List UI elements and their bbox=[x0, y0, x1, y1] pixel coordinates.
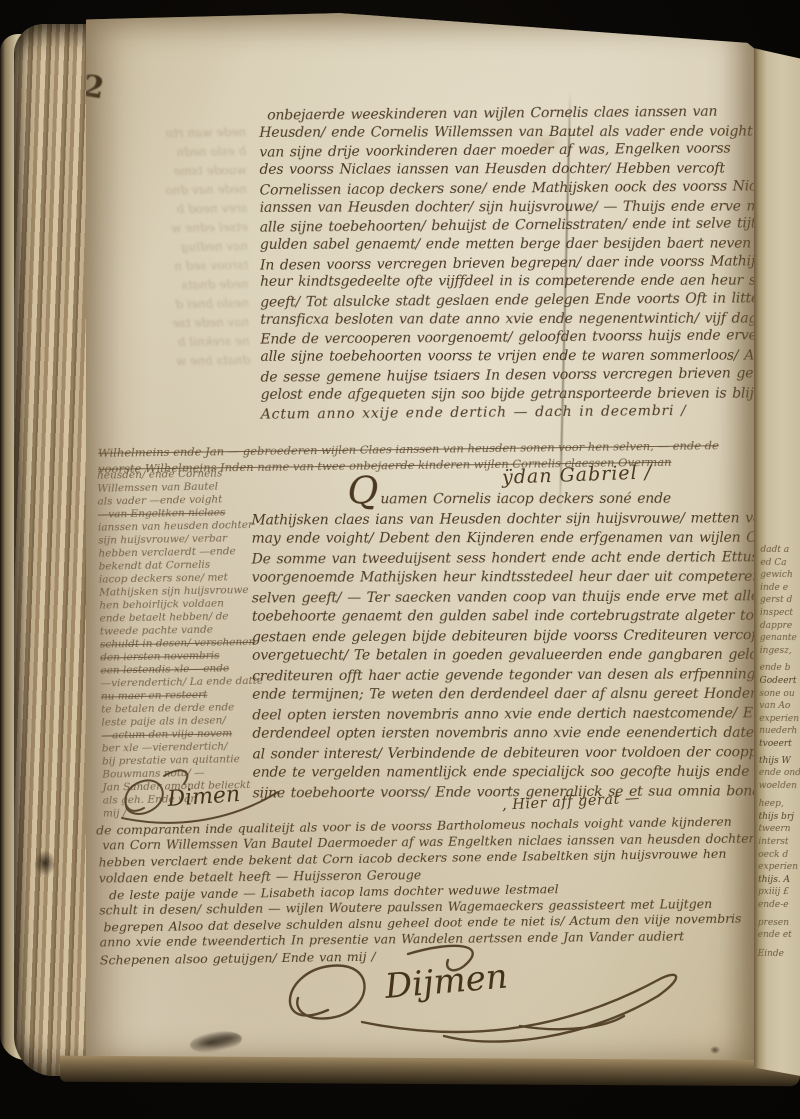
next-page-fragment: inspect bbox=[760, 607, 800, 620]
entry1-line: de sesse gemene huijse tsiaers In desen … bbox=[261, 363, 754, 387]
entry1-line: des voorss Niclaes ianssen van Heusden d… bbox=[259, 159, 754, 179]
folio-mark: 2 bbox=[86, 69, 106, 107]
bleed-through-line: nav nedlug bbox=[128, 237, 248, 258]
signature-text: Dimen bbox=[166, 782, 241, 812]
next-page-fragment: nuederh bbox=[759, 725, 800, 738]
next-page-fragment: inde e bbox=[760, 582, 800, 595]
bleed-through-line: dnats bne w bbox=[130, 351, 250, 372]
bleed-through-line: nav nede tse bbox=[129, 313, 249, 334]
entry1-line: Cornelissen iacop deckers sone/ ende Mat… bbox=[260, 176, 754, 200]
fore-edge-ink-speck bbox=[34, 850, 56, 876]
entry2-line: ende termijnen; Te weten den derdendeel … bbox=[252, 684, 754, 705]
bleed-through-line: tsroov sed n bbox=[128, 256, 248, 277]
next-page-fragment: ende ond bbox=[759, 767, 800, 780]
entry1-line: gulden sabel genaemt/ ende metten berge … bbox=[260, 234, 754, 254]
entry2-text-block: Quamen Cornelis iacop deckers soné endeM… bbox=[251, 481, 754, 803]
manuscript-page: 2 nede wan rtob eslo nednwuode tsmenede … bbox=[86, 12, 754, 1078]
next-page-fragment: thijs. A bbox=[758, 874, 800, 887]
next-page-fragment: interst bbox=[758, 836, 800, 849]
notary-signature-large: Dijmen bbox=[258, 938, 748, 1048]
next-page-fragment: oeck d bbox=[758, 849, 800, 862]
entry2-line: De somme van tweeduijsent sess hondert e… bbox=[252, 547, 754, 570]
bleed-through-line: nede wan rto bbox=[126, 123, 246, 144]
entry2-line: crediteuren offt haer actie gevende tego… bbox=[252, 664, 754, 687]
entry2-line: toebehoorte genaemt den gulden sabel ind… bbox=[252, 606, 754, 627]
entry2-line: deel opten iersten novembris anno xvie e… bbox=[252, 703, 754, 726]
ink-speck bbox=[710, 1046, 720, 1054]
bleed-through-line: nede dnats bbox=[129, 275, 249, 296]
next-page-edge: dadt aed Cagewichinde egerst dinspectdap… bbox=[754, 44, 800, 1080]
bleed-through-line: b eslo nedn bbox=[126, 142, 246, 163]
page-bottom-edge bbox=[60, 1056, 800, 1087]
bleed-through-line: nede nav dno bbox=[127, 180, 247, 201]
next-page-fragment: dadt a bbox=[760, 544, 800, 557]
next-page-fragment: presen bbox=[758, 916, 800, 929]
entry1-line: heur kindtsgedeelte ofte vijffdeel in is… bbox=[260, 272, 754, 292]
entry2-line: Mathijsken claes ians van Heusden dochte… bbox=[251, 508, 754, 531]
entry2-line: selven geeft/ — Ter saecken vanden coop … bbox=[252, 586, 754, 609]
entry2-line: may ende voight/ Debent den Kijnderen en… bbox=[252, 528, 754, 549]
next-page-fragment: pxiiij £ bbox=[758, 886, 800, 899]
entry2-line: overgetuecht/ Te betalen in goeden geval… bbox=[252, 645, 754, 666]
next-page-fragment: ed Ca bbox=[760, 556, 800, 569]
next-page-fragment: genante bbox=[760, 632, 800, 645]
entry2-line: voorgenoemde Mathijsken heur kindtsstede… bbox=[252, 567, 754, 588]
next-page-fragment: heep, bbox=[759, 798, 800, 811]
entry1-text-block: onbejaerde weeskinderen van wijlen Corne… bbox=[259, 102, 754, 423]
ink-stain bbox=[189, 1028, 243, 1055]
next-page-fragment: van Ao bbox=[759, 700, 800, 713]
bleed-through-line: wuode tsme bbox=[127, 161, 247, 182]
entry1-line: alle sijne toebehoorten voorss te vrijen… bbox=[260, 346, 754, 366]
next-page-fragment: Einde bbox=[758, 948, 800, 961]
next-page-fragment: thijs brj bbox=[759, 811, 800, 824]
next-page-fragment: sone ou bbox=[759, 687, 800, 700]
bleed-through-line: srev neod b bbox=[127, 199, 247, 220]
bleed-through-line: etsel edne w bbox=[128, 218, 248, 239]
manuscript-photo: 2 nede wan rtob eslo nednwuode tsmenede … bbox=[0, 0, 800, 1119]
signature-text: Dijmen bbox=[382, 956, 509, 1007]
next-page-fragment: experien bbox=[759, 713, 800, 726]
entry1-line: onbejaerde weeskinderen van wijlen Corne… bbox=[267, 101, 754, 125]
next-page-fragment: gerst d bbox=[760, 594, 800, 607]
next-page-fragment: tweern bbox=[758, 823, 800, 836]
next-page-fragment: ende b bbox=[760, 662, 800, 675]
next-page-fragment: experien bbox=[758, 861, 800, 874]
bleed-through-line: neslo bnei d bbox=[129, 294, 249, 315]
entry2-line: derdendeel opten iersten novembris anno … bbox=[252, 723, 754, 744]
entry2-line: al sonder interest/ Verbindende de debit… bbox=[252, 742, 754, 765]
bleed-through-text: nede wan rtob eslo nednwuode tsmenede na… bbox=[126, 123, 250, 372]
entry2-line: Quamen Cornelis iacop deckers soné ende bbox=[347, 482, 754, 510]
entry1-line: Actum anno xxije ende dertich — dach in … bbox=[261, 401, 754, 425]
next-page-fragment: ende et bbox=[758, 929, 800, 942]
next-page-fragment: Godeert bbox=[759, 675, 800, 688]
next-page-fragment: ingesz, bbox=[760, 645, 800, 658]
next-page-fragment: woelden bbox=[759, 780, 800, 793]
next-page-fragment: thijs W bbox=[759, 754, 800, 767]
next-page-marginalia: dadt aed Cagewichinde egerst dinspectdap… bbox=[758, 544, 800, 961]
entry2-line: ende te vergelden namentlijck ende speci… bbox=[253, 762, 754, 783]
next-page-fragment: gewich bbox=[760, 569, 800, 582]
entry2-line: gestaen ende gelegen bijde debiteuren bi… bbox=[252, 625, 754, 648]
bleed-through-line: ne sreknil b bbox=[130, 332, 250, 353]
next-page-fragment: ende-e bbox=[758, 899, 800, 912]
next-page-fragment: dappre bbox=[760, 619, 800, 632]
next-page-fragment: tvoeert bbox=[759, 738, 800, 751]
